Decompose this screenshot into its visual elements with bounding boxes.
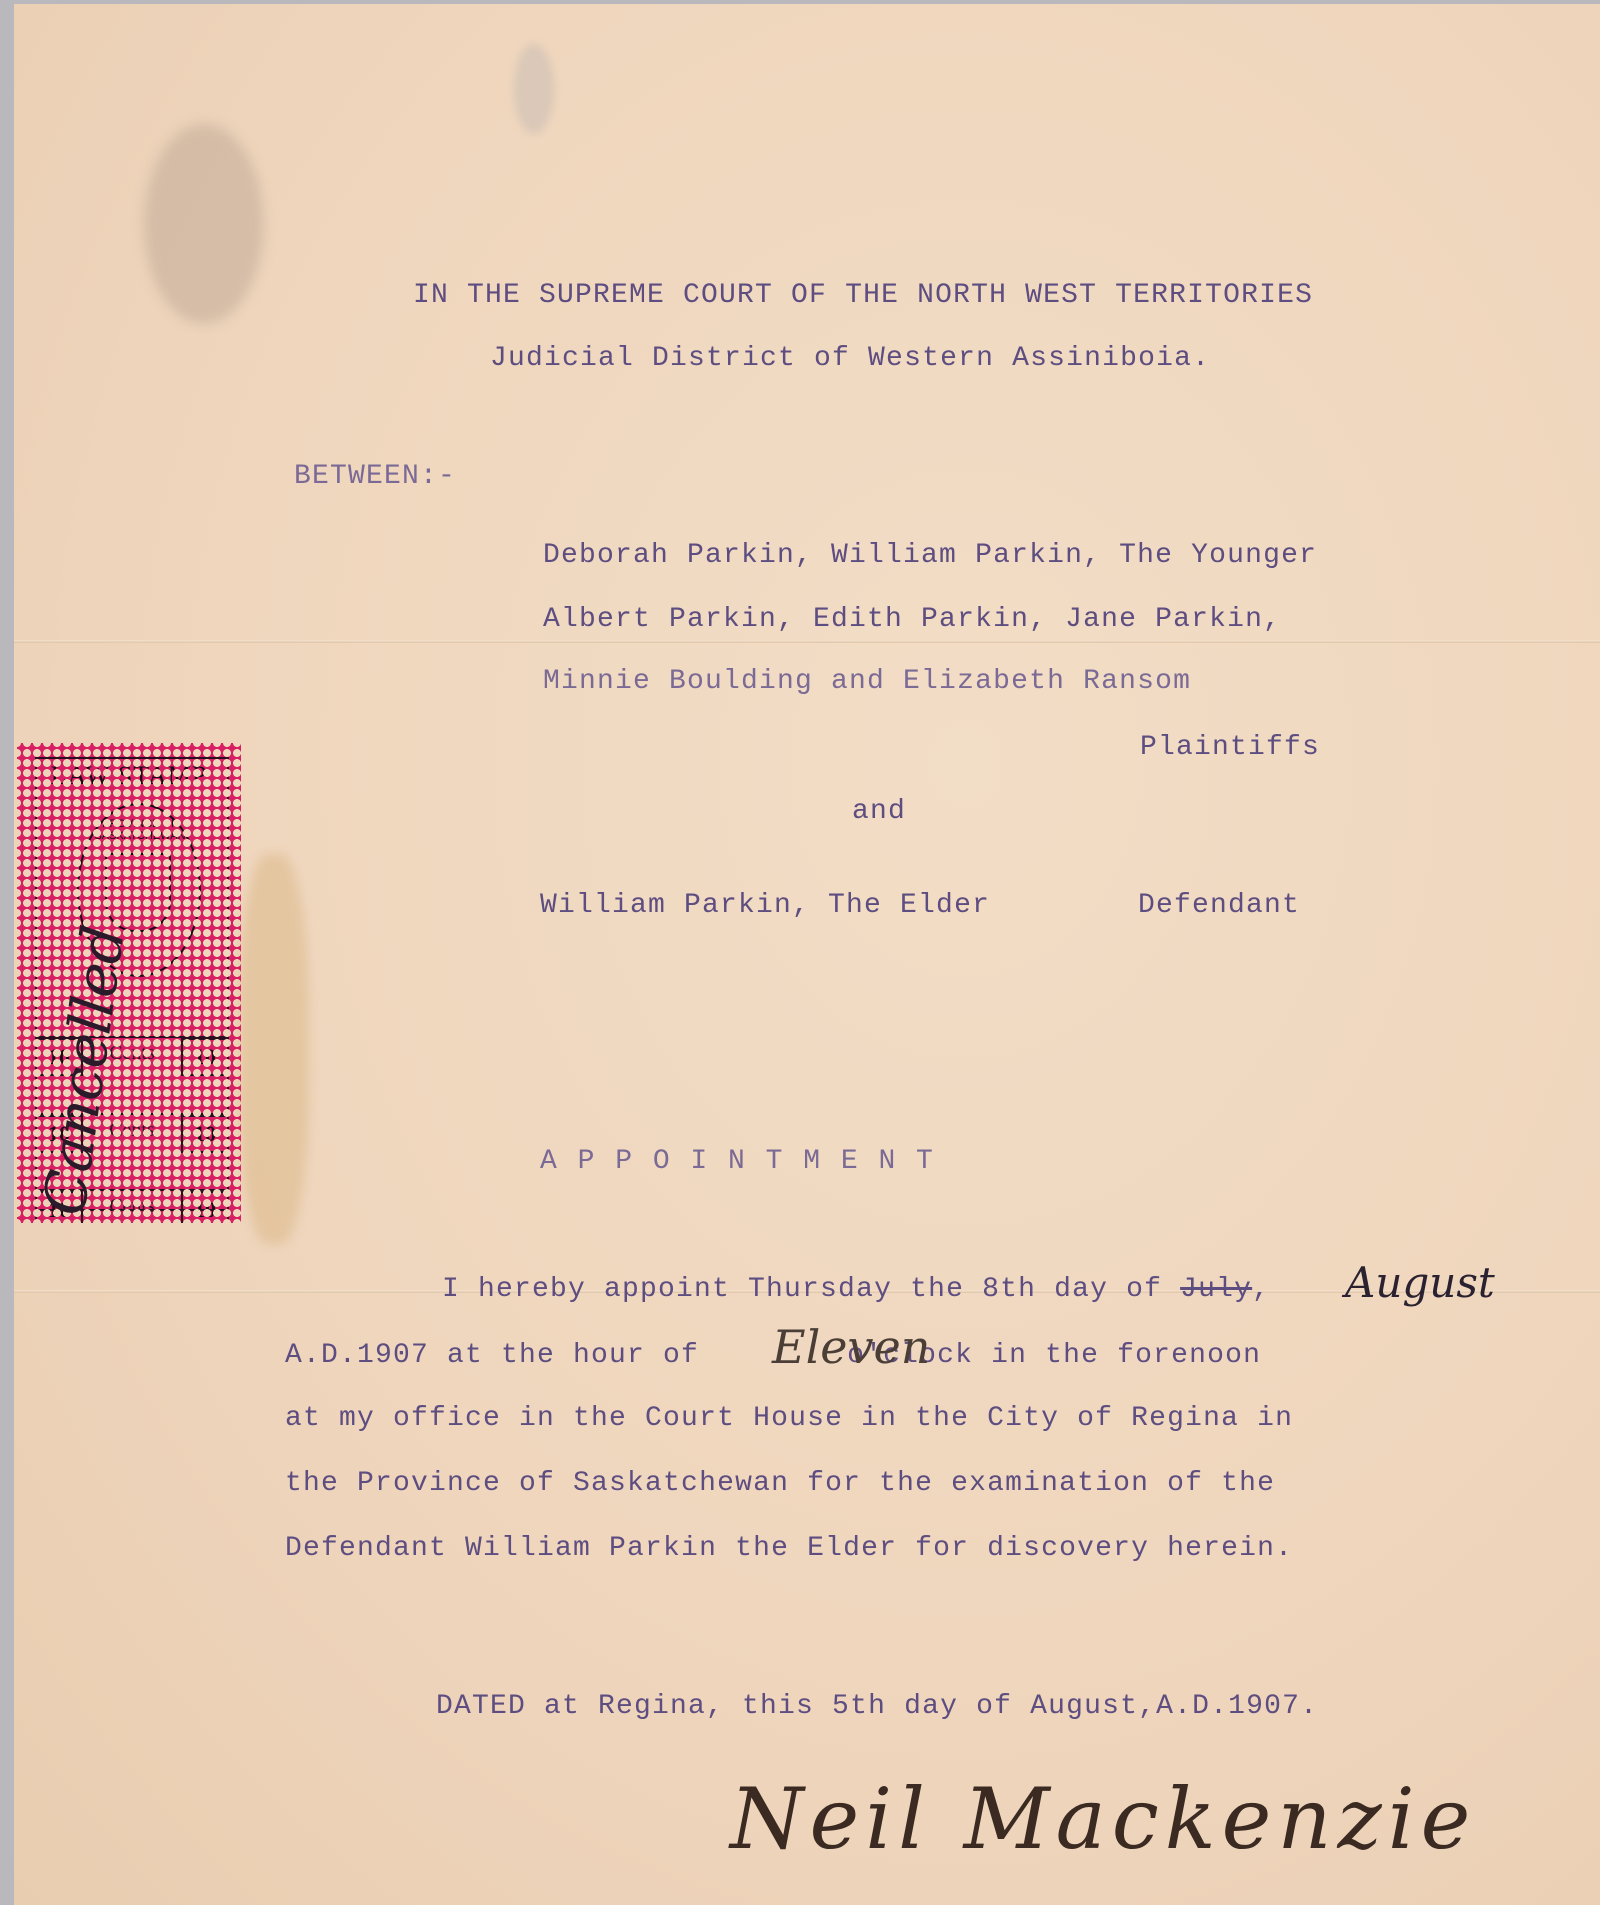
plaintiffs-line: Minnie Boulding and Elizabeth Ransom — [543, 668, 1191, 696]
court-heading: IN THE SUPREME COURT OF THE NORTH WEST T… — [413, 282, 1313, 310]
body-line-1-text: I hereby appoint Thursday the 8th day of — [442, 1274, 1180, 1305]
denomination-label: Cents — [95, 1195, 169, 1218]
plaintiffs-line: Deborah Parkin, William Parkin, The Youn… — [543, 542, 1317, 570]
section-title: A P P O I N T M E N T — [540, 1148, 935, 1176]
defendant-label: Defendant — [1138, 892, 1300, 920]
comma: , — [1252, 1274, 1270, 1305]
plaintiffs-line: Albert Parkin, Edith Parkin, Jane Parkin… — [543, 606, 1281, 634]
handwritten-hour: Eleven — [772, 1320, 930, 1374]
dated-line: DATED at Regina, this 5th day of August,… — [436, 1693, 1318, 1721]
body-line-3: at my office in the Court House in the C… — [285, 1405, 1293, 1433]
signature: Neil Mackenzie — [730, 1770, 1476, 1868]
denomination-right: 10 — [181, 1038, 229, 1076]
glue-stain — [239, 854, 309, 1244]
body-line-5: Defendant William Parkin the Elder for d… — [285, 1535, 1293, 1563]
plaintiffs-label: Plaintiffs — [1140, 734, 1320, 762]
seal-text: PROVINCE OF SASKATCHEWAN — [75, 818, 205, 842]
ink-stain — [144, 124, 264, 324]
body-line-1: I hereby appoint Thursday the 8th day of… — [442, 1276, 1270, 1304]
defendant-name: William Parkin, The Elder — [540, 892, 990, 920]
handwritten-month: August — [1345, 1258, 1495, 1307]
paper-fold — [14, 640, 1600, 643]
judicial-district: Judicial District of Western Assiniboia. — [490, 345, 1210, 373]
body-line-4: the Province of Saskatchewan for the exa… — [285, 1470, 1275, 1498]
ink-bleed — [514, 44, 554, 134]
denomination-right: 10 — [181, 1115, 229, 1153]
and-label: and — [852, 798, 906, 826]
struck-month: July — [1180, 1274, 1252, 1305]
body-line-2-text: A.D.1907 at the hour of — [285, 1340, 717, 1371]
between-label: BETWEEN:- — [294, 463, 456, 491]
coat-of-arms-icon — [105, 853, 171, 932]
stamp-title: LAW STAMP — [17, 761, 241, 791]
